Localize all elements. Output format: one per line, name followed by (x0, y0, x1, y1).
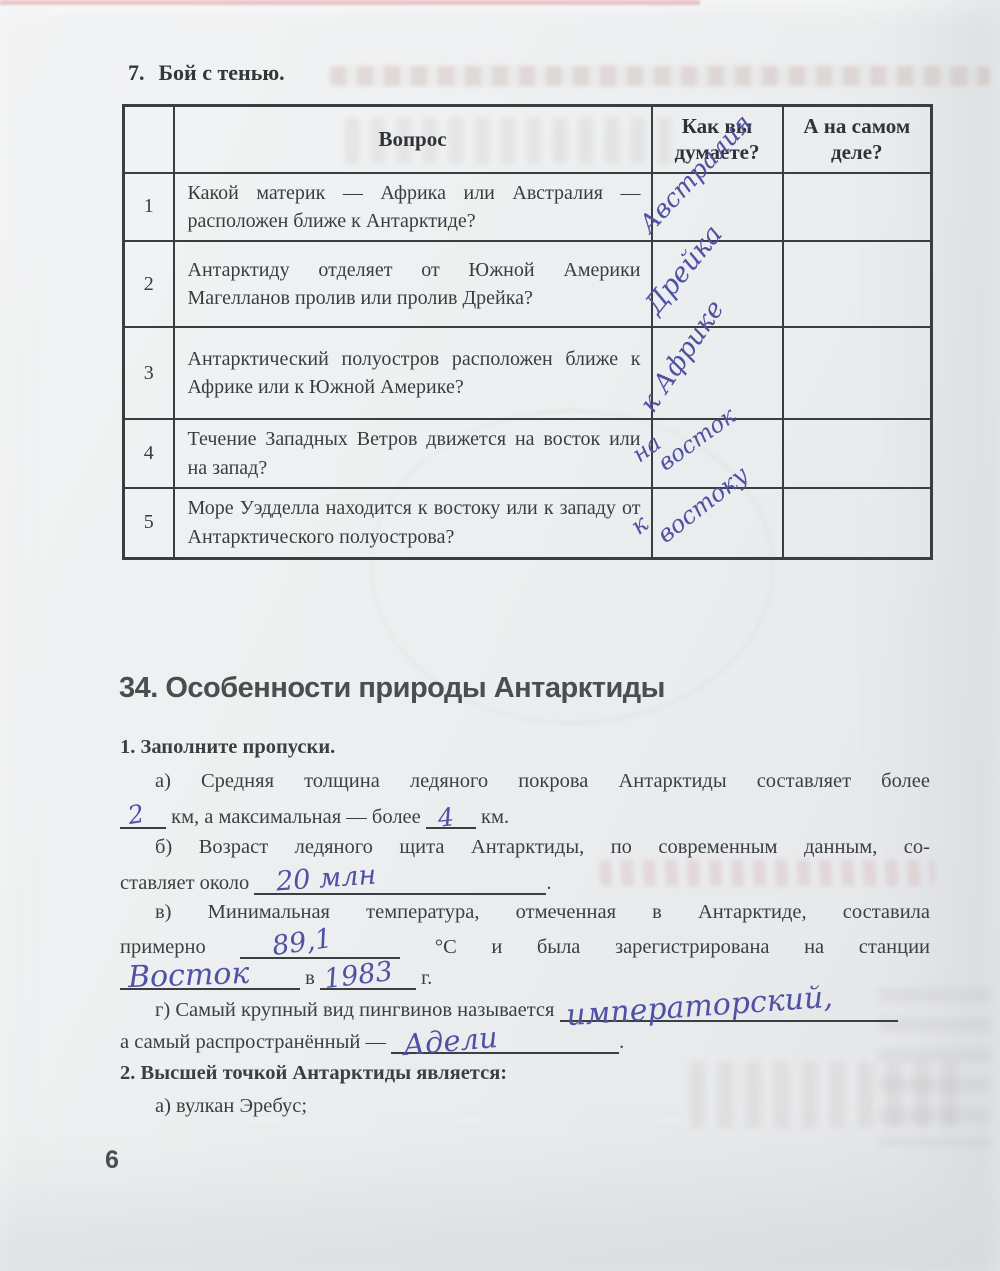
handwritten-min-temp: 89,1 (271, 925, 334, 960)
row-number: 2 (124, 241, 174, 327)
blank-avg-thickness: 2 (120, 803, 166, 829)
handwritten-max-thickness: 4 (437, 804, 455, 831)
handwritten-largest-penguin: императорский, (565, 983, 833, 1032)
task1-item-g-line2: а самый распространённый — Адели. (120, 1028, 930, 1054)
blank-station: Восток (120, 964, 300, 990)
row-number: 1 (124, 173, 174, 242)
table-header-row: Вопрос Как вы думаете? А на самом деле? (124, 106, 932, 173)
task1-item-a-line1: а) Средняя толщина ледяного покрова Анта… (120, 770, 930, 793)
task1-item-b-line1: б) Возраст ледяного щита Антарктиды, по … (120, 836, 930, 859)
task1-item-v-line1: в) Минимальная температура, отмеченная в… (120, 901, 930, 924)
section-heading: 34. Особенности природы Антарктиды (119, 672, 665, 705)
table-row: 3 Антарктический полуостров располо­жен … (124, 327, 932, 419)
header-empty (124, 106, 174, 173)
table-row: 1 Какой материк — Африка или Австра­лия … (124, 173, 932, 242)
page-number: 6 (105, 1146, 119, 1175)
question-cell: Какой материк — Африка или Австра­лия — … (174, 173, 652, 242)
handwritten-ice-age: 20 млн (276, 862, 378, 896)
blank-ice-age: 20 млн (254, 869, 546, 895)
task1-item-a-line2: 2 км, а максимальная — более 4 км. (120, 803, 930, 829)
task1-item-v-line2: примерно 89,1 °С и была зарегистрирована… (120, 933, 930, 959)
question-cell: Антарктический полуостров располо­жен бл… (174, 327, 652, 419)
handwritten-avg-thickness: 2 (126, 801, 146, 828)
blank-common-penguin: Адели (391, 1028, 619, 1054)
blank-min-temp: 89,1 (240, 933, 400, 959)
task2-option-a: а) вулкан Эребус; (120, 1095, 930, 1118)
scan-edge-artifact (0, 0, 700, 5)
blank-largest-penguin: императорский, (560, 996, 898, 1022)
task7-number: 7. (128, 60, 145, 85)
handwritten-station: Восток (128, 959, 250, 993)
table-row: 4 Течение Западных Ветров движется на во… (124, 419, 932, 488)
question-cell: Антарктиду отделяет от Южной Амери­ки Ма… (174, 241, 652, 327)
actual-cell (783, 327, 932, 419)
task1-title: 1. Заполните пропуски. (120, 736, 930, 759)
quiz-table: Вопрос Как вы думаете? А на самом деле? … (122, 104, 933, 560)
row-number: 4 (124, 419, 174, 488)
blank-max-thickness: 4 (426, 803, 476, 829)
blank-year: 1983 (320, 964, 416, 990)
header-question: Вопрос (174, 106, 652, 173)
actual-cell (783, 488, 932, 558)
task7-title: Бой с тенью. (159, 60, 285, 85)
header-actual: А на самом деле? (783, 106, 932, 173)
table-row: 2 Антарктиду отделяет от Южной Амери­ки … (124, 241, 932, 327)
actual-cell (783, 419, 932, 488)
task7-heading: 7.Бой с тенью. (128, 60, 285, 86)
bleed-through-artifact (330, 66, 990, 86)
row-number: 5 (124, 488, 174, 558)
question-cell: Море Уэдделла находится к востоку или к … (174, 488, 652, 558)
table-row: 5 Море Уэдделла находится к востоку или … (124, 488, 932, 558)
task1-item-b-line2: ставляет около 20 млн. (120, 869, 930, 895)
workbook-page: 7.Бой с тенью. Вопрос Как вы думаете? А … (0, 0, 1000, 1271)
handwritten-year: 1983 (323, 958, 394, 993)
handwritten-common-penguin: Адели (402, 1023, 499, 1060)
actual-cell (783, 173, 932, 242)
row-number: 3 (124, 327, 174, 419)
task2-title: 2. Высшей точкой Антарктиды является: (120, 1062, 930, 1085)
question-cell: Течение Западных Ветров движется на вост… (174, 419, 652, 488)
task1-item-g-line1: г) Самый крупный вид пингвинов называетс… (120, 996, 930, 1022)
actual-cell (783, 241, 932, 327)
answer-cell: квостоку (652, 488, 783, 558)
